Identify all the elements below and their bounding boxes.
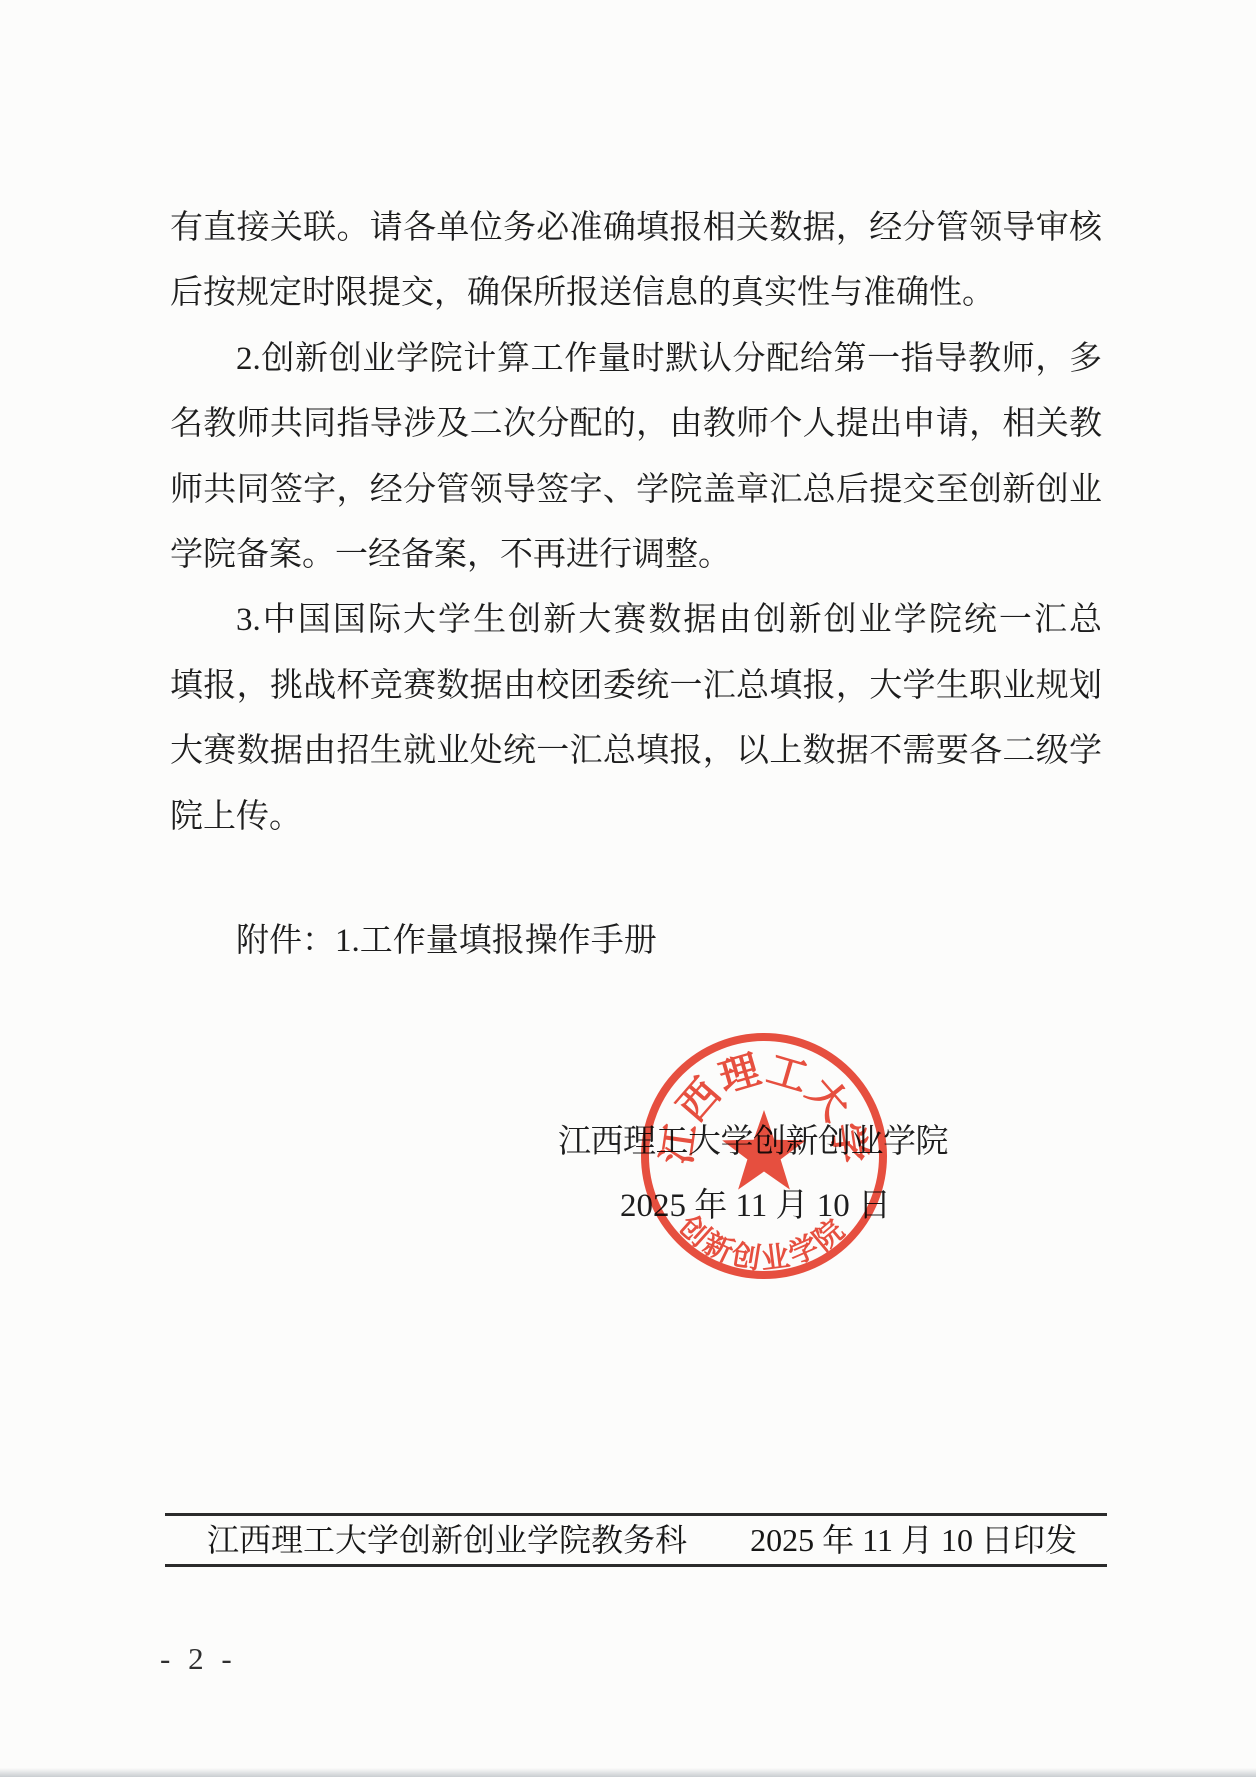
official-seal: 江西理工大学 创新创业学院 (634, 1026, 894, 1286)
page-number: - 2 - (160, 1641, 237, 1677)
body-line: 院上传。 (170, 785, 1102, 850)
scan-edge-shadow (0, 1768, 1256, 1777)
body-line: 3.中国国际大学生创新大赛数据由创新创业学院统一汇总 (170, 588, 1102, 653)
body-line: 名教师共同指导涉及二次分配的，由教师个人提出申请，相关教 (170, 392, 1102, 457)
body-line: 填报，挑战杯竞赛数据由校团委统一汇总填报，大学生职业规划 (170, 654, 1102, 719)
footer-print-date: 2025 年 11 月 10 日印发 (750, 1523, 1077, 1557)
attachment-line: 附件：1.工作量填报操作手册 (170, 909, 1102, 974)
body-line: 大赛数据由招生就业处统一汇总填报，以上数据不需要各二级学 (170, 719, 1102, 784)
footer-issuing-office: 江西理工大学创新创业学院教务科 (207, 1523, 687, 1557)
body-line: 学院备案。一经备案，不再进行调整。 (170, 523, 1102, 588)
body-text-block: 有直接关联。请各单位务必准确填报相关数据，经分管领导审核 后按规定时限提交，确保… (170, 196, 1102, 850)
svg-text:创新创业学院: 创新创业学院 (672, 1209, 853, 1277)
body-line: 师共同签字，经分管领导签字、学院盖章汇总后提交至创新创业 (170, 458, 1102, 523)
document-page: 有直接关联。请各单位务必准确填报相关数据，经分管领导审核 后按规定时限提交，确保… (0, 0, 1256, 1777)
body-line: 后按规定时限提交，确保所报送信息的真实性与准确性。 (170, 261, 1102, 326)
body-line: 2.创新创业学院计算工作量时默认分配给第一指导教师，多 (170, 327, 1102, 392)
seal-bottom-text: 创新创业学院 (672, 1209, 853, 1277)
body-line: 有直接关联。请各单位务必准确填报相关数据，经分管领导审核 (170, 196, 1102, 261)
seal-star-icon (722, 1110, 806, 1190)
colophon-footer: 江西理工大学创新创业学院教务科 2025 年 11 月 10 日印发 (165, 1513, 1107, 1567)
